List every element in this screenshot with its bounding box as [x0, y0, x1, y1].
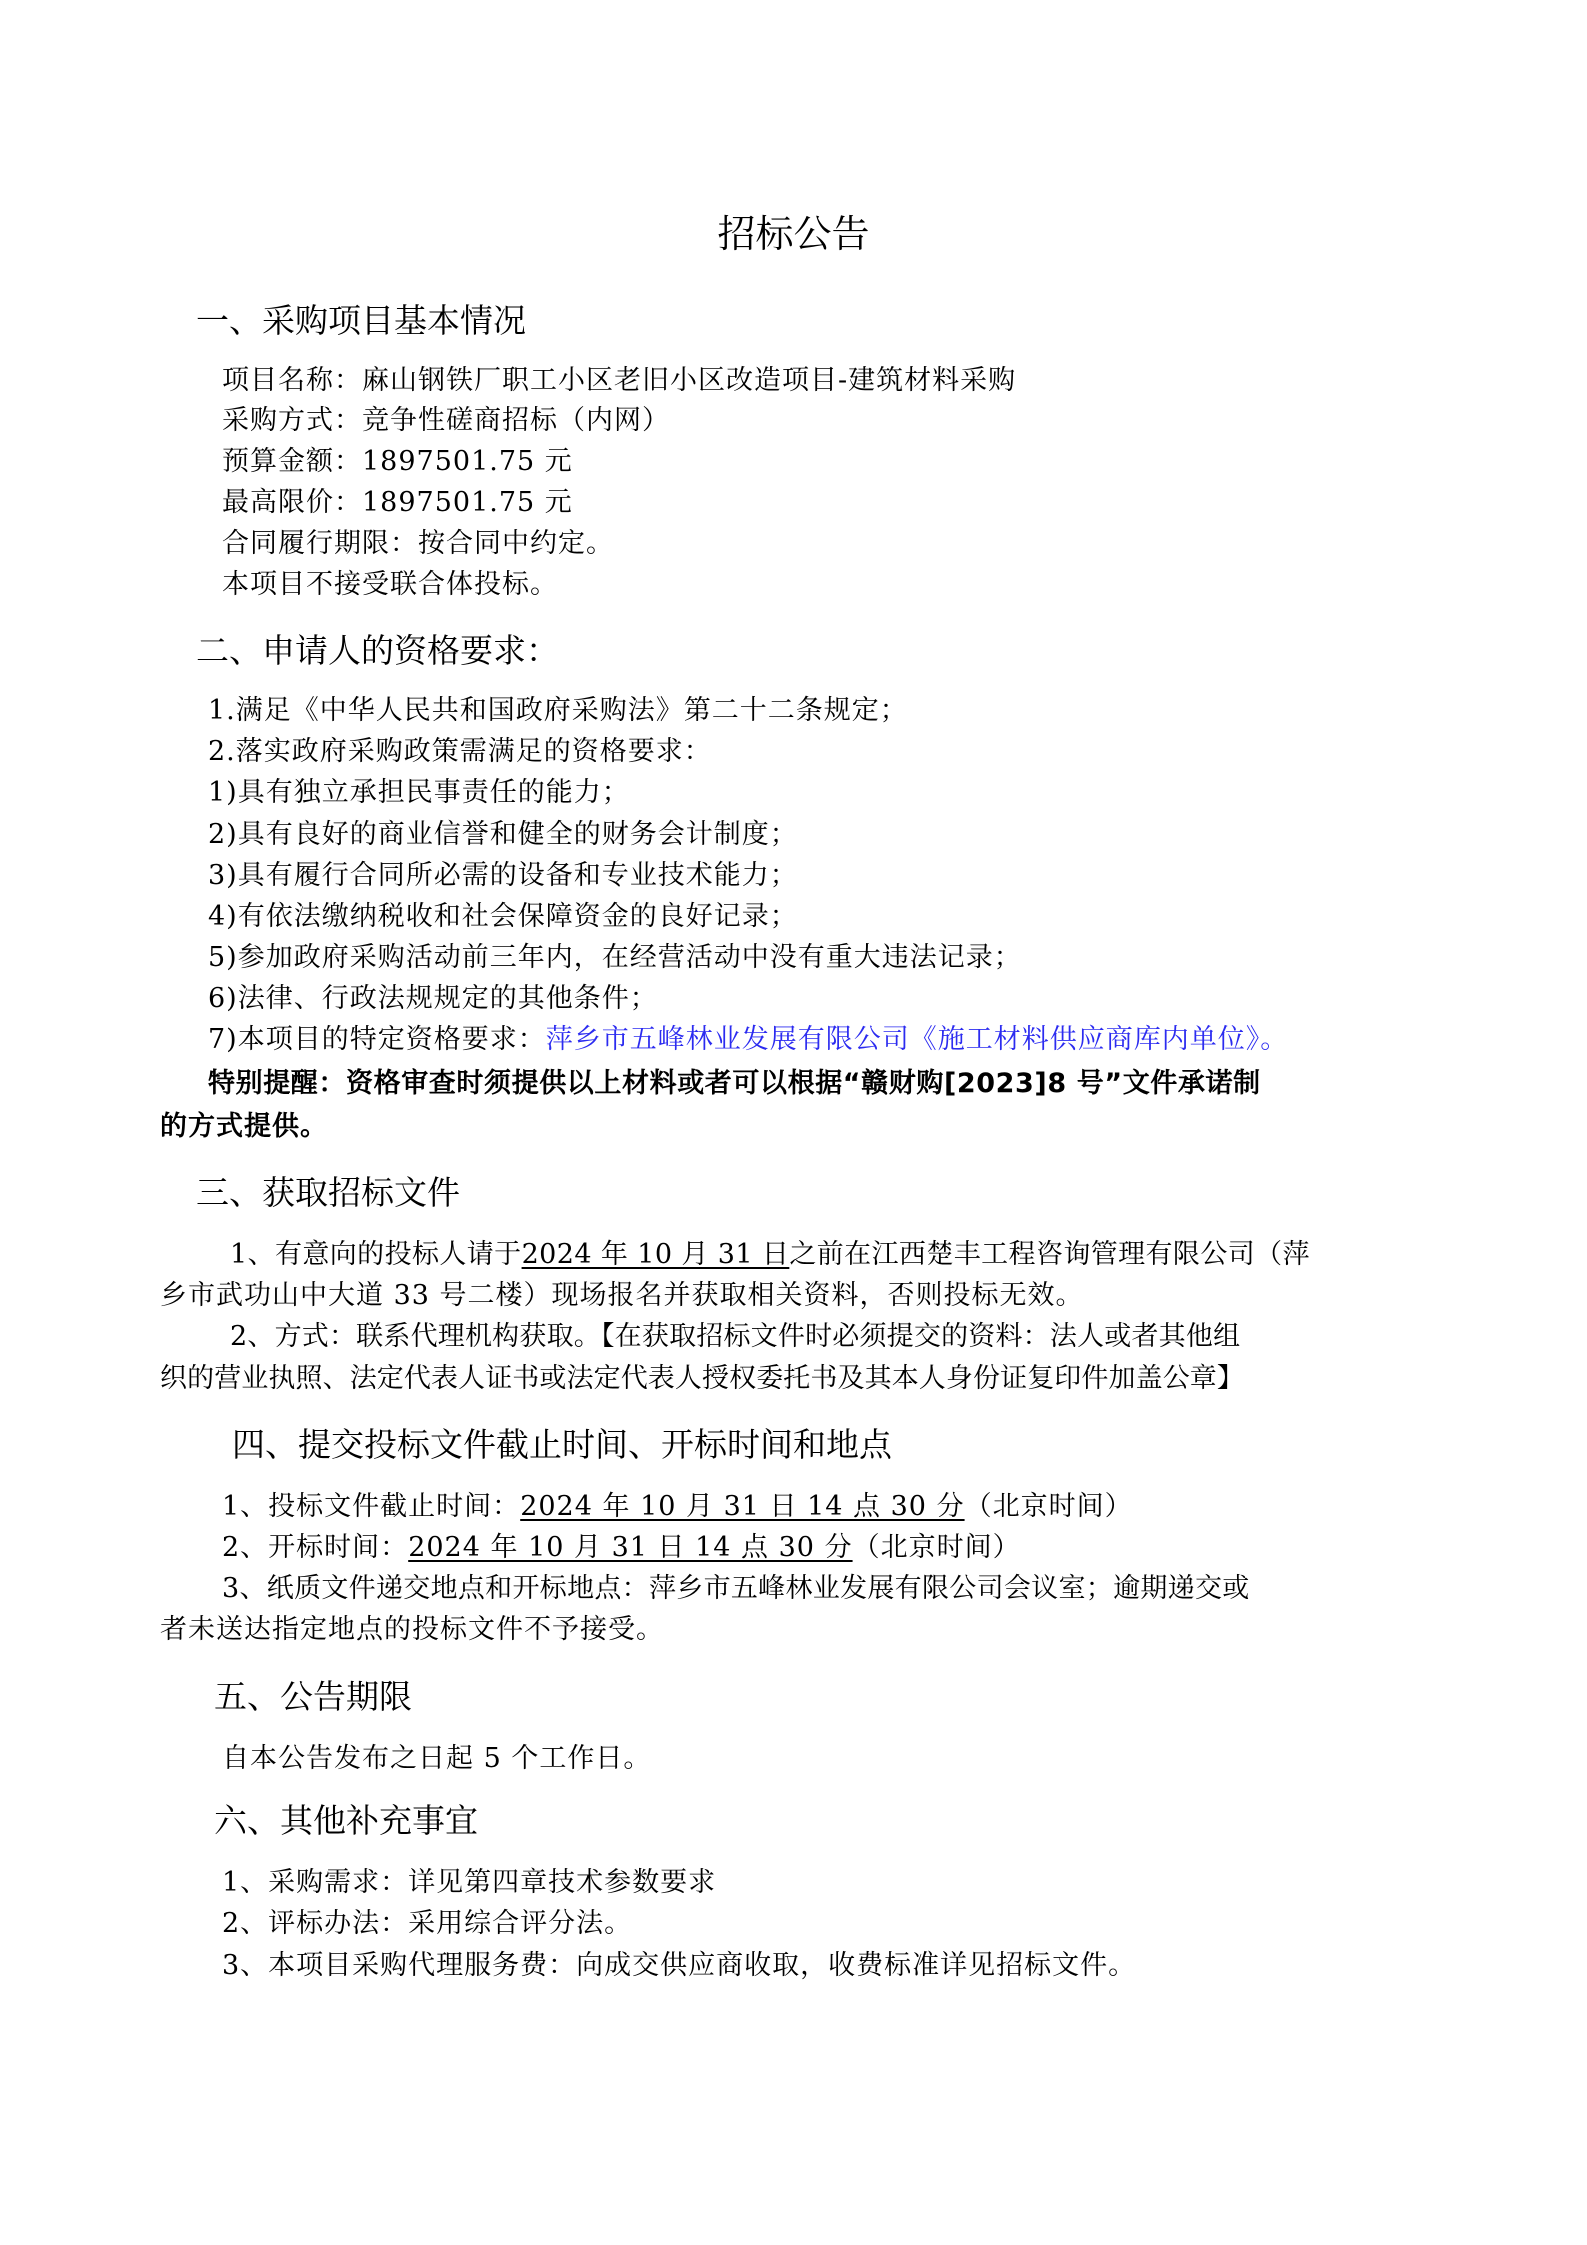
req-2-7-highlight: 萍乡市五峰林业发展有限公司《施工材料供应商库内单位》。: [546, 1024, 1289, 1055]
opening-time-value: 2024 年 10 月 31 日 14 点 30 分: [408, 1532, 852, 1563]
req-2-7-prefix: 7)本项目的特定资格要求：: [208, 1024, 546, 1055]
special-notice-line1: 特别提醒：资格审查时须提供以上材料或者可以根据“赣财购[2023]8 号”文件承…: [208, 1067, 1261, 1101]
budget-amount: 预算金额：1897501.75 元: [222, 445, 573, 479]
special-notice-line2: 的方式提供。: [160, 1110, 328, 1144]
opening-time-label: 2、开标时间：: [222, 1532, 408, 1563]
section-4-heading: 四、提交投标文件截止时间、开标时间和地点: [232, 1424, 892, 1466]
max-price: 最高限价：1897501.75 元: [222, 486, 573, 520]
no-consortium: 本项目不接受联合体投标。: [222, 568, 558, 602]
procurement-method: 采购方式：竞争性磋商招标（内网）: [222, 404, 670, 438]
submit-deadline-label: 1、投标文件截止时间：: [222, 1491, 520, 1522]
other-item-2: 2、评标办法：采用综合评分法。: [222, 1907, 632, 1941]
submit-deadline: 1、投标文件截止时间：2024 年 10 月 31 日 14 点 30 分（北京…: [222, 1490, 1133, 1524]
contract-period: 合同履行期限：按合同中约定。: [222, 527, 614, 561]
venue-line1: 3、纸质文件递交地点和开标地点：萍乡市五峰林业发展有限公司会议室；逾期递交或: [222, 1572, 1250, 1606]
obtain-item-1-after: 之前在江西楚丰工程咨询管理有限公司（萍: [789, 1239, 1310, 1270]
section-3-heading: 三、获取招标文件: [196, 1172, 460, 1214]
obtain-item-2-line1: 2、方式：联系代理机构获取。【在获取招标文件时必须提交的资料：法人或者其他组: [230, 1320, 1240, 1354]
section-5-heading: 五、公告期限: [214, 1676, 412, 1718]
page-title: 招标公告: [0, 210, 1587, 258]
obtain-item-1-line2: 乡市武功山中大道 33 号二楼）现场报名并获取相关资料，否则投标无效。: [160, 1279, 1084, 1313]
submit-deadline-tz: （北京时间）: [965, 1491, 1133, 1522]
req-2-6: 6)法律、行政法规规定的其他条件；: [208, 982, 658, 1016]
req-2-1: 1)具有独立承担民事责任的能力；: [208, 776, 630, 810]
submit-deadline-time: 2024 年 10 月 31 日 14 点 30 分: [520, 1491, 964, 1522]
section-6-heading: 六、其他补充事宜: [214, 1800, 478, 1842]
req-2-7: 7)本项目的特定资格要求：萍乡市五峰林业发展有限公司《施工材料供应商库内单位》。: [208, 1023, 1288, 1057]
other-item-3: 3、本项目采购代理服务费：向成交供应商收取，收费标准详见招标文件。: [222, 1949, 1136, 1983]
project-name: 项目名称：麻山钢铁厂职工小区老旧小区改造项目-建筑材料采购: [222, 364, 1016, 398]
obtain-deadline-date: 2024 年 10 月 31 日: [522, 1239, 790, 1270]
venue-line2: 者未送达指定地点的投标文件不予接受。: [160, 1613, 664, 1647]
req-2-3: 3)具有履行合同所必需的设备和专业技术能力；: [208, 859, 798, 893]
req-1: 1.满足《中华人民共和国政府采购法》第二十二条规定；: [208, 694, 908, 728]
obtain-item-1-before: 1、有意向的投标人请于: [230, 1239, 522, 1270]
obtain-item-1-line1: 1、有意向的投标人请于2024 年 10 月 31 日之前在江西楚丰工程咨询管理…: [230, 1238, 1310, 1272]
other-item-1: 1、采购需求：详见第四章技术参数要求: [222, 1866, 716, 1900]
req-2-4: 4)有依法缴纳税收和社会保障资金的良好记录；: [208, 900, 798, 934]
opening-time-tz: （北京时间）: [853, 1532, 1021, 1563]
req-2-2: 2)具有良好的商业信誉和健全的财务会计制度；: [208, 818, 798, 852]
announcement-period: 自本公告发布之日起 5 个工作日。: [222, 1742, 651, 1776]
req-2-5: 5)参加政府采购活动前三年内，在经营活动中没有重大违法记录；: [208, 941, 1022, 975]
req-2: 2.落实政府采购政策需满足的资格要求：: [208, 735, 712, 769]
opening-time: 2、开标时间：2024 年 10 月 31 日 14 点 30 分（北京时间）: [222, 1531, 1021, 1565]
section-2-heading: 二、申请人的资格要求：: [196, 630, 559, 672]
obtain-item-2-line2: 织的营业执照、法定代表人证书或法定代表人授权委托书及其本人身份证复印件加盖公章】: [160, 1362, 1244, 1396]
section-1-heading: 一、采购项目基本情况: [196, 300, 526, 342]
